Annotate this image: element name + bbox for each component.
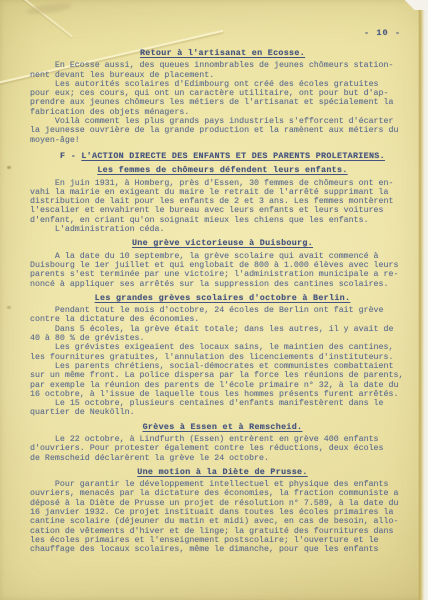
document-body: Retour à l'artisanat en Ecosse. En Ecoss… bbox=[30, 44, 415, 555]
paragraph-voila-conclusion: Voilà comment les plus grands pays indus… bbox=[30, 117, 415, 145]
paragraph-berlin-neukolln: Le 15 octobre, plusieurs centaines d'enf… bbox=[30, 399, 415, 418]
paragraph-ecoles-edimbourg: Les autorités scolaires d'Edimbourg ont … bbox=[30, 80, 415, 117]
heading-text: Une motion à la Diète de Prusse. bbox=[137, 467, 307, 477]
section-letter: F - bbox=[60, 151, 81, 161]
heading-greve-duisbourg: Une grève victorieuse à Duisbourg. bbox=[30, 239, 415, 248]
paragraph-berlin-grevistes: Dans 5 écoles, la grève était totale; da… bbox=[30, 325, 415, 344]
heading-text: Grèves à Essen et à Remscheid. bbox=[143, 422, 303, 432]
heading-greves-berlin: Les grandes grèves scolaires d'octobre à… bbox=[30, 294, 415, 303]
paragraph-essen-remscheid: Le 22 octobre, à Lindfurth (Essen) entrè… bbox=[30, 435, 415, 463]
section-heading-action-directe: F - L'ACTION DIRECTE DES ENFANTS ET DES … bbox=[30, 152, 415, 161]
section-title: L'ACTION DIRECTE DES ENFANTS ET DES PARE… bbox=[81, 151, 385, 161]
paragraph-berlin-octobre: Pendant tout le mois d'octobre, 24 école… bbox=[30, 306, 415, 325]
heading-greves-essen-remscheid: Grèves à Essen et à Remscheid. bbox=[30, 423, 415, 432]
scan-edge bbox=[418, 0, 428, 600]
heading-text: Retour à l'artisanat en Ecosse. bbox=[140, 48, 305, 58]
heading-text: Les grandes grèves scolaires d'octobre à… bbox=[95, 293, 351, 303]
paragraph-berlin-parents: Les parents chrétiens, social-démocrates… bbox=[30, 362, 415, 399]
paragraph-duisbourg: A la date du 10 septembre, la grève scol… bbox=[30, 252, 415, 289]
paper-speck bbox=[7, 306, 11, 309]
paragraph-diete-prusse: Pour garantir le développement intellect… bbox=[30, 480, 415, 554]
heading-motion-diete-prusse: Une motion à la Diète de Prusse. bbox=[30, 468, 415, 477]
paper-speck bbox=[7, 166, 11, 169]
scan-corner-notch bbox=[398, 0, 428, 10]
heading-femmes-chomeurs: Les femmes de chômeurs défendent leurs e… bbox=[30, 166, 415, 175]
heading-retour-artisanat: Retour à l'artisanat en Ecosse. bbox=[30, 49, 415, 58]
paragraph-berlin-revendications: Les grévistes exigeaient des locaux sain… bbox=[30, 343, 415, 362]
heading-text: Une grève victorieuse à Duisbourg. bbox=[132, 238, 313, 248]
paragraph-queues-ecosse: En Ecosse aussi, des queues innombrables… bbox=[30, 61, 415, 80]
paper-smudge bbox=[26, 1, 73, 16]
page-number: - 10 - bbox=[364, 28, 401, 38]
heading-text: Les femmes de chômeurs défendent leurs e… bbox=[97, 165, 347, 175]
paragraph-homberg: En juin 1931, à Homberg, près d'Essen, 3… bbox=[30, 179, 415, 235]
scanned-page: - 10 - Retour à l'artisanat en Ecosse. E… bbox=[0, 0, 428, 600]
